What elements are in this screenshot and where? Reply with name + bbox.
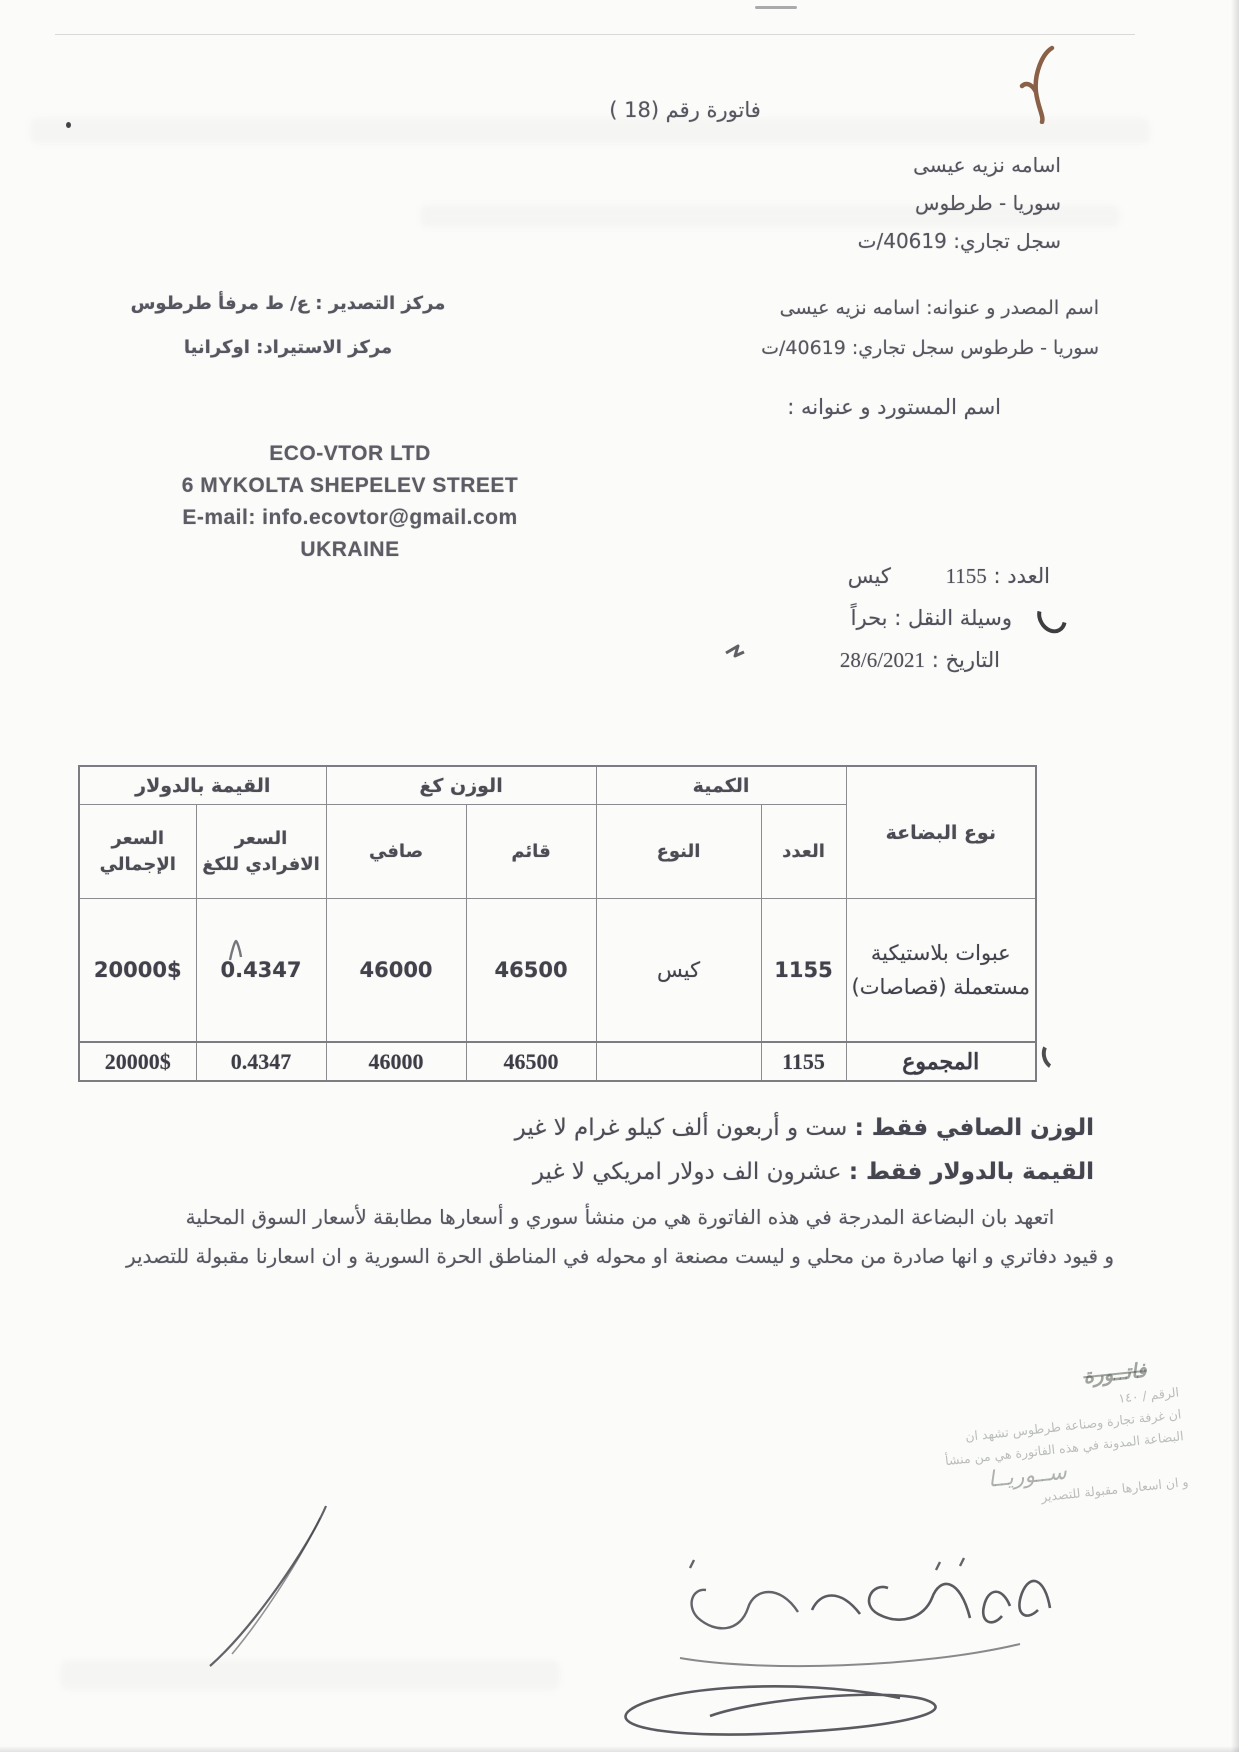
pen-stroke (198, 1498, 348, 1678)
net-weight-value: ست و أربعون ألف كيلو غرام لا غير (515, 1115, 848, 1141)
value-words-label: القيمة بالدولار فقط : (849, 1159, 1094, 1185)
importer-street: 6 MYKOLTA SHEPELEV STREET (128, 470, 572, 502)
import-center: مركز الاستيراد: اوكرانيا (118, 326, 458, 370)
group-header-quantity: الكمية (596, 766, 846, 805)
table-row: عبوات بلاستيكية مستعملة (قصاصات) 1155 كي… (79, 899, 1036, 1043)
export-center: مركز التصدير : ع/ ط مرفأ طرطوس (118, 282, 458, 326)
scan-edge-right (1231, 0, 1239, 1752)
col-header-total-price: السعر الإجمالي (79, 805, 196, 899)
importer-country: UKRAINE (128, 534, 572, 566)
exporter-line1: اسم المصدر و عنوانه: اسامه نزيه عيسى (761, 288, 1099, 328)
invoice-title: فاتورة رقم (18 ) (545, 98, 825, 122)
seller-name: اسامه نزيه عيسى (858, 146, 1061, 184)
transport-line: وسيلة النقل : بحراً (840, 597, 1012, 639)
pen-tick (228, 938, 244, 962)
centers-block: مركز التصدير : ع/ ط مرفأ طرطوس مركز الاس… (118, 282, 458, 370)
importer-name: ECO-VTOR LTD (128, 438, 572, 470)
ink-scribble (724, 644, 746, 660)
col-header-goods-type: نوع البضاعة (846, 766, 1036, 899)
total-count: 1155 (761, 1042, 846, 1081)
shipment-block: العدد : 1155 كيس وسيلة النقل : بحراً الت… (840, 555, 1050, 681)
date-value: 28/6/2021 (840, 648, 925, 672)
net-weight-words: الوزن الصافي فقط : ست و أربعون ألف كيلو … (515, 1106, 1094, 1150)
value-words: القيمة بالدولار فقط : عشرون الف دولار ام… (515, 1150, 1094, 1194)
col-header-gross: قائم (466, 805, 596, 899)
punch-mark-bottom (1039, 1037, 1070, 1072)
cell-gross: 46500 (466, 899, 596, 1043)
exporter-line2: سوريا - طرطوس سجل تجاري: 40619/ت (761, 328, 1099, 368)
cell-net: 46000 (326, 899, 466, 1043)
total-type-empty (596, 1042, 761, 1081)
pledge-line1: اتعهد بان البضاعة المدرجة في هذه الفاتور… (60, 1198, 1180, 1237)
total-total-price: 20000$ (79, 1042, 196, 1081)
count-unit: كيس (848, 564, 891, 588)
transport-label: وسيلة النقل : (894, 606, 1012, 630)
col-header-net: صافي (326, 805, 466, 899)
seller-registry: سجل تجاري: 40619/ت (858, 222, 1061, 260)
seller-location: سوريا - طرطوس (858, 184, 1061, 222)
goods-table: نوع البضاعة الكمية الوزن كغ القيمة بالدو… (78, 765, 1037, 1082)
count-line: العدد : 1155 كيس (840, 555, 1050, 597)
seller-header: اسامه نزيه عيسى سوريا - طرطوس سجل تجاري:… (858, 146, 1061, 260)
date-label: التاريخ : (932, 648, 1000, 672)
col-header-type: النوع (596, 805, 761, 899)
total-net: 46000 (326, 1042, 466, 1081)
col-header-unit-price: السعر الافرادي للكغ (196, 805, 326, 899)
cell-total-price: 20000$ (79, 899, 196, 1043)
exporter-block: اسم المصدر و عنوانه: اسامه نزيه عيسى سور… (761, 288, 1099, 368)
cell-unit-price: 0.4347 (196, 899, 326, 1043)
scan-line (55, 34, 1135, 35)
cell-goods: عبوات بلاستيكية مستعملة (قصاصات) (846, 899, 1036, 1043)
col-header-count: العدد (761, 805, 846, 899)
importer-email: E-mail: info.ecovtor@gmail.com (128, 502, 572, 534)
pledge-block: اتعهد بان البضاعة المدرجة في هذه الفاتور… (60, 1198, 1180, 1276)
value-words-value: عشرون الف دولار امريكي لا غير (533, 1159, 842, 1185)
scan-dash (755, 6, 797, 9)
net-weight-label: الوزن الصافي فقط : (855, 1115, 1094, 1141)
total-row: المجموع 1155 46500 46000 0.4347 20000$ (79, 1042, 1036, 1081)
cell-type: كيس (596, 899, 761, 1043)
group-header-weight: الوزن كغ (326, 766, 596, 805)
cell-count: 1155 (761, 899, 846, 1043)
date-line: التاريخ : 28/6/2021 (840, 639, 1000, 681)
importer-block: ECO-VTOR LTD 6 MYKOLTA SHEPELEV STREET E… (128, 438, 572, 566)
group-header-value: القيمة بالدولار (79, 766, 326, 805)
total-label: المجموع (846, 1042, 1036, 1081)
scanned-invoice-page: فاتورة رقم (18 ) اسامه نزيه عيسى سوريا -… (0, 0, 1239, 1752)
count-value: 1155 (946, 564, 987, 588)
signature (540, 1548, 1080, 1748)
transport-value: بحراً (851, 606, 888, 630)
amounts-block: الوزن الصافي فقط : ست و أربعون ألف كيلو … (515, 1106, 1094, 1194)
importer-label: اسم المستورد و عنوانه : (787, 395, 1001, 419)
total-unit-price: 0.4347 (196, 1042, 326, 1081)
staple-mark (1012, 44, 1064, 124)
pledge-line2: و قيود دفاتري و انها صادرة من محلي و ليس… (60, 1237, 1180, 1276)
total-gross: 46500 (466, 1042, 596, 1081)
count-label: العدد : (994, 564, 1051, 588)
